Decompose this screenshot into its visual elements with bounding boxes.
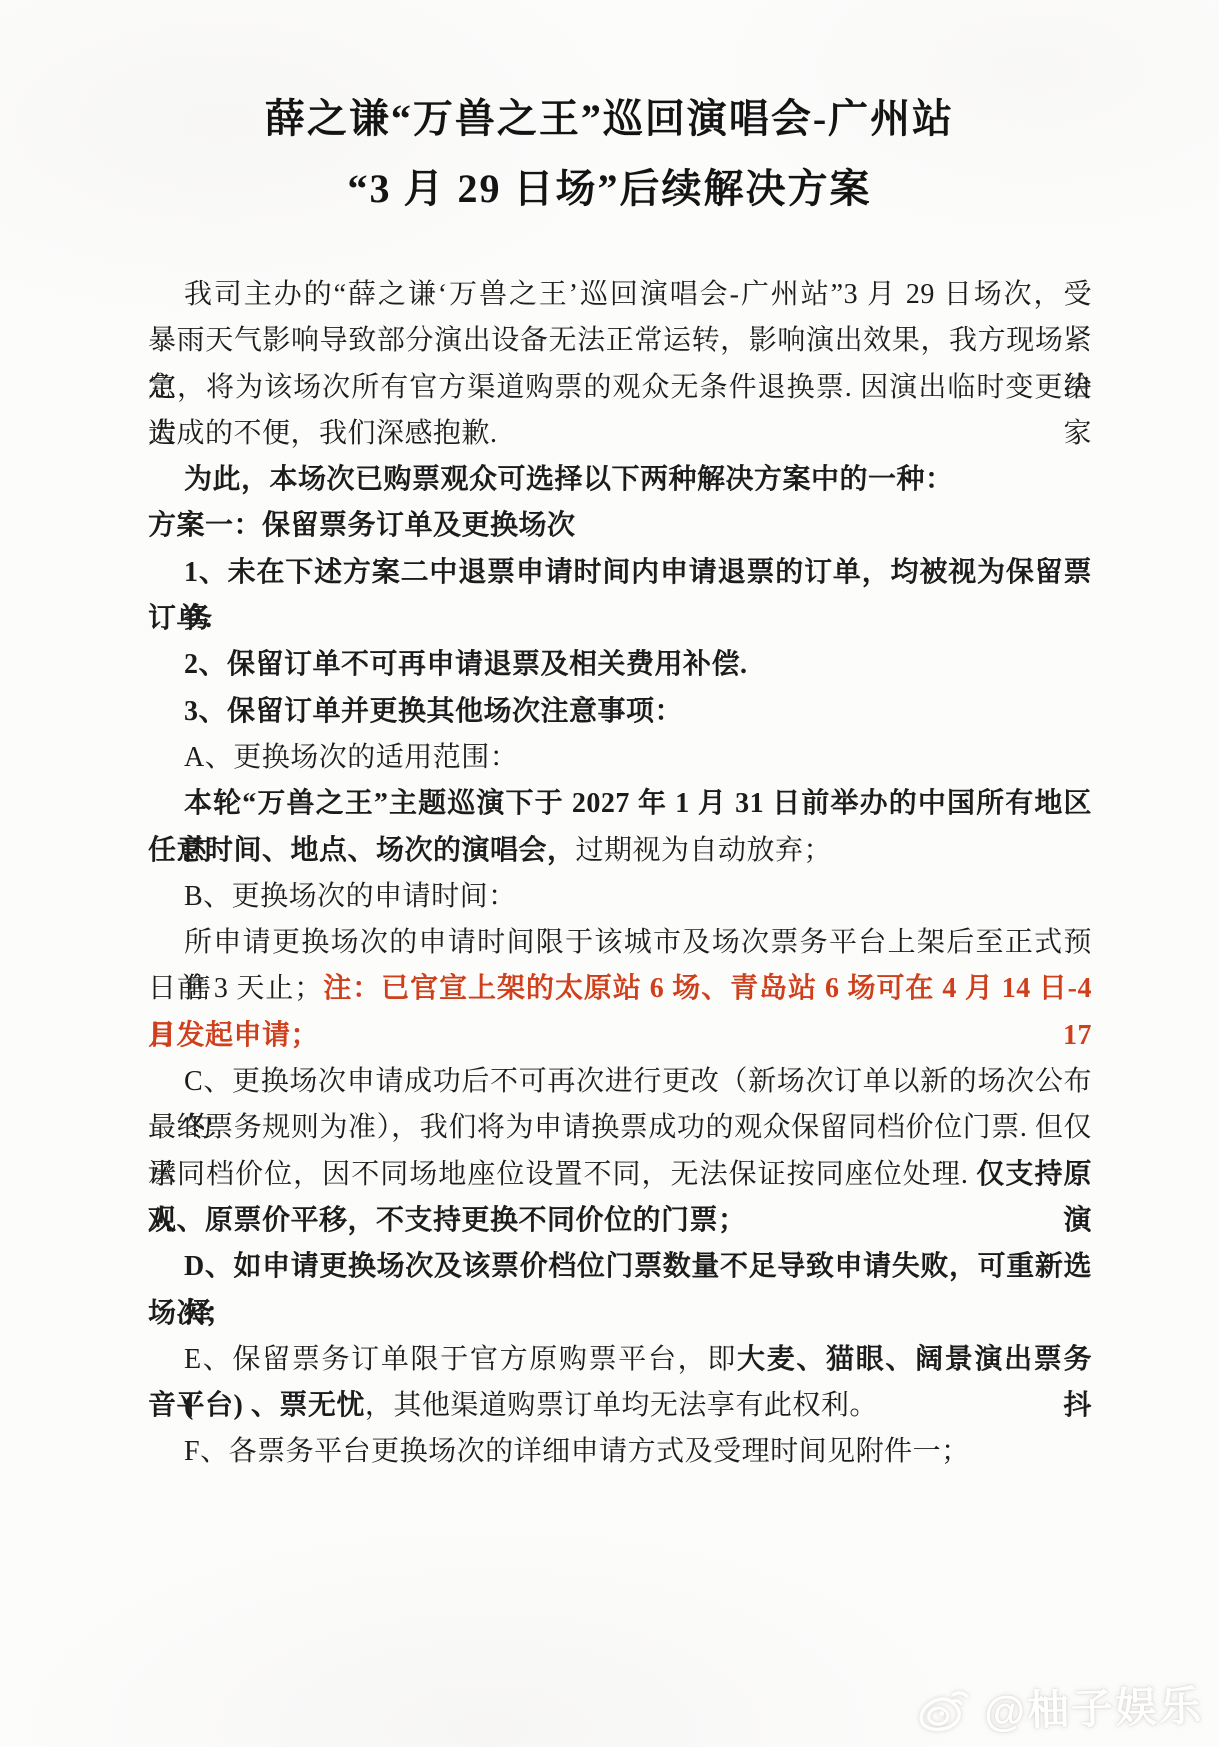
text-segment: 日前 3 天止； (148, 973, 323, 1004)
text-segment: 3、保留订单并更换其他场次注意事项： (184, 696, 683, 727)
document-line: 本轮“万兽之王”主题巡演下于 2027 年 1 月 31 日前举办的中国所有地区… (148, 781, 1092, 827)
document-body: 我司主办的“薛之谦‘万兽之王’巡回演唱会-广州站”3 月 29 日场次，受暴雨天… (148, 272, 1092, 1476)
document-line: 任意时间、地点、场次的演唱会，过期视为自动放弃； (148, 828, 1092, 874)
text-segment: 2、保留订单不可再申请退票及相关费用补偿. (184, 649, 748, 680)
text-segment: 造成的不便，我们深感抱歉. (148, 418, 498, 449)
text-segment: 订单. (148, 603, 213, 634)
document-line: 场次； (148, 1291, 1092, 1337)
document-line: E、保留票务订单限于官方原购票平台，即大麦、猫眼、阔景演出票务 (抖 (148, 1337, 1092, 1383)
document-line: 最终票务规则为准），我们将为申请换票成功的观众保留同档价位门票. 但仅承 (148, 1105, 1092, 1151)
watermark: @柚子娱乐 (915, 1673, 1203, 1740)
weibo-logo-icon (915, 1682, 974, 1738)
document-line: A、更换场次的适用范围： (148, 735, 1092, 781)
text-segment: 为此，本场次已购票观众可选择以下两种解决方案中的一种： (184, 464, 954, 495)
text-segment: 我司主办的“薛之谦‘万兽之王’巡回演唱会-广州站”3 月 29 日场次，受 (184, 279, 1092, 310)
text-segment: A、更换场次的适用范围： (184, 742, 518, 773)
document-line: 我司主办的“薛之谦‘万兽之王’巡回演唱会-广州站”3 月 29 日场次，受 (148, 272, 1092, 318)
title-line-2: “3 月 29 日场”后续解决方案 (0, 164, 1219, 214)
document-line: B、更换场次的申请时间： (148, 874, 1092, 920)
text-segment: 方案一：保留票务订单及更换场次 (148, 510, 576, 541)
title-line-1: 薛之谦“万兽之王”巡回演唱会-广州站 (0, 94, 1219, 144)
text-segment: 音平台) 、票无忧 (148, 1390, 365, 1421)
document-line: 方案一：保留票务订单及更换场次 (148, 503, 1092, 549)
document-line: C、更换场次申请成功后不可再次进行更改（新场次订单以新的场次公布的 (148, 1059, 1092, 1105)
text-segment: 任意时间、地点、场次的演唱会， (148, 835, 576, 866)
document-line: 1、未在下述方案二中退票申请时间内申请退票的订单，均被视为保留票务 (148, 550, 1092, 596)
document-line: 2、保留订单不可再申请退票及相关费用补偿. (148, 642, 1092, 688)
document-line: 暴雨天气影响导致部分演出设备无法正常运转，影响演出效果，我方现场紧急决 (148, 318, 1092, 364)
document-line: 为此，本场次已购票观众可选择以下两种解决方案中的一种： (148, 457, 1092, 503)
text-segment: ，其他渠道购票订单均无法享有此权利。 (365, 1390, 878, 1421)
document-line: 诺同档价位，因不同场地座位设置不同，无法保证按同座位处理. 仅支持原观演 (148, 1152, 1092, 1198)
document-line: D、如申请更换场次及该票价档位门票数量不足导致申请失败，可重新选择 (148, 1244, 1092, 1290)
text-segment: 场次； (148, 1298, 234, 1329)
document-line: 3、保留订单并更换其他场次注意事项： (148, 689, 1092, 735)
document-title: 薛之谦“万兽之王”巡回演唱会-广州站 “3 月 29 日场”后续解决方案 (0, 94, 1219, 214)
text-segment: B、更换场次的申请时间： (184, 881, 517, 912)
document-line: 定，将为该场次所有官方渠道购票的观众无条件退换票. 因演出临时变更给大家 (148, 365, 1092, 411)
watermark-text: @柚子娱乐 (983, 1673, 1203, 1739)
text-segment: 诺同档价位，因不同场地座位设置不同，无法保证按同座位处理. (148, 1159, 976, 1190)
text-segment: E、保留票务订单限于官方原购票平台，即 (184, 1344, 737, 1375)
document-line: 日前 3 天止；注：已官宣上架的太原站 6 场、青岛站 6 场可在 4 月 14… (148, 966, 1092, 1012)
text-segment: 过期视为自动放弃； (576, 835, 833, 866)
document-page: 薛之谦“万兽之王”巡回演唱会-广州站 “3 月 29 日场”后续解决方案 我司主… (0, 0, 1219, 1747)
document-line: 所申请更换场次的申请时间限于该城市及场次票务平台上架后至正式预售 (148, 920, 1092, 966)
document-line: F、各票务平台更换场次的详细申请方式及受理时间见附件一； (148, 1429, 1092, 1475)
text-segment: 人、原票价平移，不支持更换不同价位的门票； (148, 1205, 747, 1236)
document-line: 订单. (148, 596, 1092, 642)
text-segment: 日发起申请； (148, 1020, 319, 1051)
text-segment: F、各票务平台更换场次的详细申请方式及受理时间见附件一； (184, 1436, 970, 1467)
